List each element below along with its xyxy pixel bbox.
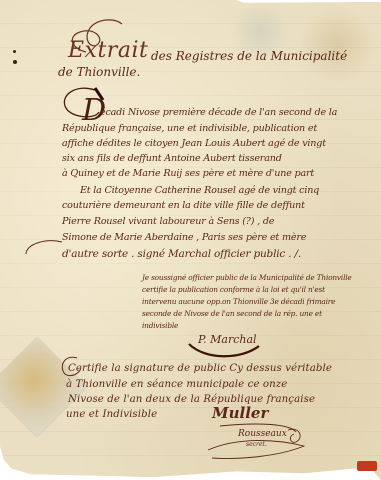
attestation-line: certifie la publication conforme à la lo… <box>142 286 325 293</box>
document-title-word: Extrait <box>68 40 148 62</box>
paragraph-line: d'autre sorte . signé Marchal officier p… <box>62 249 301 260</box>
binding-hole <box>13 60 17 64</box>
stamp-stain-right <box>300 5 375 85</box>
attestation-line: seconde de Nivose de l'an second de la r… <box>142 310 322 317</box>
paragraph-line: Pierre Rousel vivant laboureur à Sens (?… <box>62 217 274 227</box>
paragraph-line: Et la Citoyenne Catherine Rousel agé de … <box>80 186 319 196</box>
certification-line: Certifie la signature de public Cy dessu… <box>68 364 332 374</box>
signature-flourish <box>185 338 265 362</box>
paragraph-line: affiche dédites le citoyen Jean Louis Au… <box>62 139 326 149</box>
attestation-line: Je soussigné officier public de la Munic… <box>142 274 352 281</box>
signature-muller: Muller <box>212 406 268 421</box>
certification-line: à Thionville en séance municipale ce onz… <box>66 380 287 390</box>
paragraph-line: à Quiney et de Marie Ruij ses père et mè… <box>62 169 314 179</box>
certification-line: Nivose de l'an deux de la République fra… <box>68 395 315 405</box>
document-title-rest: des Registres de la Municipalité <box>151 50 347 62</box>
attestation-line: intervenu aucune opp.on Thionville 3e dé… <box>142 298 335 305</box>
certification-line: une et Indivisible <box>66 410 157 420</box>
binding-hole <box>13 50 16 53</box>
attestation-line: indivisible <box>142 322 178 329</box>
paragraph-line: six ans fils de deffunt Antoine Aubert t… <box>62 154 282 164</box>
paragraph-line: écadi Nivose première décade de l'an sec… <box>100 108 337 118</box>
red-wax-seal-fragment <box>357 461 377 471</box>
paragraph-line: Simone de Marie Aberdaine , Paris ses pè… <box>62 233 306 243</box>
line-flourish <box>20 236 65 260</box>
paragraph-line: République française, une et indivisible… <box>62 124 317 134</box>
document-title-line2: de Thionville. <box>58 66 140 78</box>
paragraph-line: couturière demeurant en la dite ville fi… <box>62 201 305 211</box>
signature-paraph <box>200 420 310 465</box>
